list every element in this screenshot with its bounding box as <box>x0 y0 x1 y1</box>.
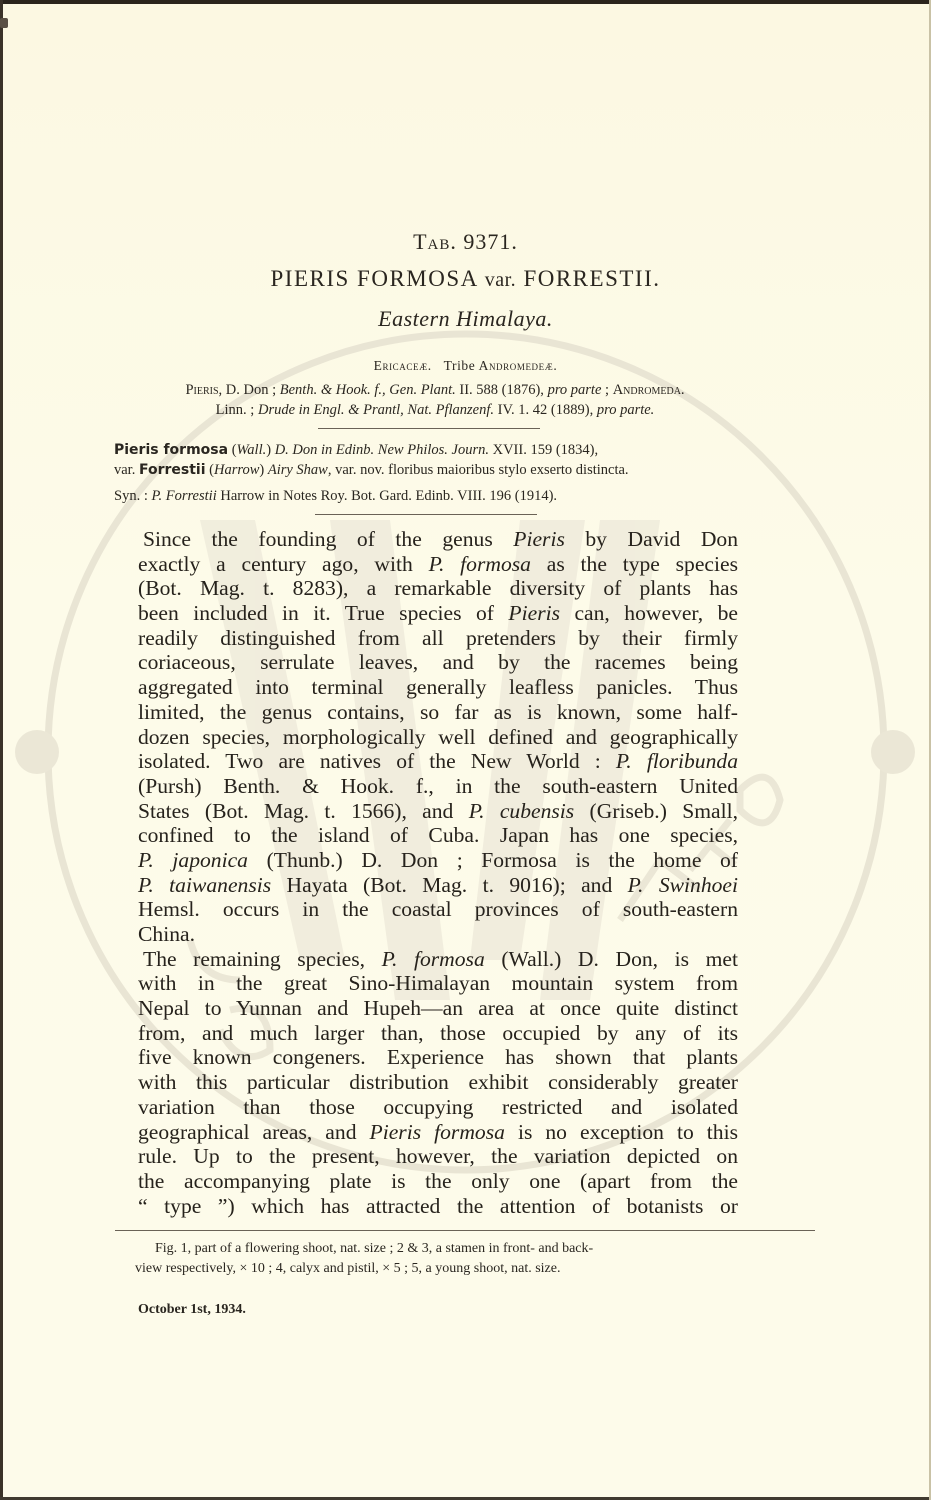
text-run: ( <box>228 442 236 458</box>
text-run: exactly a century ago, with <box>138 552 429 576</box>
text-run: II. 588 (1876), <box>456 382 548 398</box>
caption-line: Fig. 1, part of a flowering shoot, nat. … <box>135 1239 739 1259</box>
text-run: Andromeda. <box>613 382 685 398</box>
text-run: five known congeners. Experience has sho… <box>138 1045 738 1069</box>
body-line: P. taiwanensis Hayata (Bot. Mag. t. 9016… <box>138 873 738 898</box>
text-run: States (Bot. Mag. t. 1566), and <box>138 799 469 823</box>
text-run: aggregated into terminal generally leafl… <box>138 675 738 699</box>
text-run: with this particular distribution exhibi… <box>138 1070 738 1094</box>
locality: Eastern Himalaya. <box>0 306 931 332</box>
text-run: limited, the genus contains, so far as i… <box>138 700 738 724</box>
family-tribe-line: Ericaceæ. Tribe Andromedeæ. <box>0 358 931 374</box>
text-run: P. floribunda <box>616 749 738 773</box>
text-run: Harrow in Notes Roy. Bot. Gard. Edinb. V… <box>217 488 557 504</box>
text-run: dozen species, morphologically well defi… <box>138 725 738 749</box>
text-run: P. formosa <box>429 552 531 576</box>
plate-number: Tab. 9371. <box>0 229 931 255</box>
text-run: P. japonica <box>138 848 248 872</box>
text-run: ; <box>601 382 612 398</box>
text-run: Hayata (Bot. Mag. t. 9016); and <box>271 873 627 897</box>
text-run: , D. Don ; <box>219 382 280 398</box>
text-run: Airy Shaw <box>268 462 328 478</box>
text-run: , var. nov. floribus maioribus stylo exs… <box>328 462 629 478</box>
text-run: Benth. & Hook. f., Gen. Plant. <box>280 382 456 398</box>
text-run: var. <box>114 462 139 478</box>
text-run: P. formosa <box>382 947 485 971</box>
body-text: Since the founding of the genus Pieris b… <box>138 527 738 1218</box>
text-run: Wall. <box>237 442 267 458</box>
text-run: coriaceous, serrulate leaves, and by the… <box>138 650 738 674</box>
text-run: can, however, be <box>560 601 738 625</box>
body-line: from, and much larger than, those occupi… <box>138 1021 738 1046</box>
document-content: Tab. 9371. PIERIS FORMOSA var. FORRESTII… <box>0 0 931 1500</box>
divider <box>318 428 540 429</box>
text-run: is no exception to this <box>505 1120 738 1144</box>
text-run: Pieris <box>513 527 565 551</box>
body-line: with in the great Sino-Himalayan mountai… <box>138 971 738 996</box>
body-line: China. <box>138 922 738 947</box>
text-run: rule. Up to the present, however, the va… <box>138 1144 738 1168</box>
text-run: (Thunb.) D. Don ; Formosa is the home of <box>248 848 738 872</box>
text-run: P. Forrestii <box>151 488 216 504</box>
text-run: Harrow <box>214 462 259 478</box>
text-run: XVII. 159 (1834), <box>489 442 598 458</box>
body-line: been included in it. True species of Pie… <box>138 601 738 626</box>
text-run: Linn. ; <box>216 402 258 418</box>
body-line: five known congeners. Experience has sho… <box>138 1045 738 1070</box>
body-line: The remaining species, P. formosa (Wall.… <box>138 947 738 972</box>
body-line: (Pursh) Benth. & Hook. f., in the south-… <box>138 774 738 799</box>
text-run: readily distinguished from all pretender… <box>138 626 738 650</box>
figure-caption: Fig. 1, part of a flowering shoot, nat. … <box>135 1239 739 1279</box>
species-citation-line: var. Forrestii (Harrow) Airy Shaw, var. … <box>114 460 754 480</box>
body-line: the accompanying plate is the only one (… <box>138 1169 738 1194</box>
text-run: IV. 1. 42 (1889), <box>494 402 597 418</box>
body-line: isolated. Two are natives of the New Wor… <box>138 749 738 774</box>
synonym-line: Syn. : P. Forrestii Harrow in Notes Roy.… <box>114 486 754 506</box>
text-run: (Wall.) D. Don, is met <box>485 947 738 971</box>
text-run: Forrestii <box>139 462 206 478</box>
text-run: Since the founding of the genus <box>143 527 513 551</box>
body-line: Nepal to Yunnan and Hupeh—an area at onc… <box>138 996 738 1021</box>
text-run: geographical areas, and <box>138 1120 370 1144</box>
text-run: Pieris <box>508 601 560 625</box>
species-citation-line: Pieris formosa (Wall.) D. Don in Edinb. … <box>114 440 754 460</box>
species-citation: Pieris formosa (Wall.) D. Don in Edinb. … <box>114 440 754 506</box>
body-line: readily distinguished from all pretender… <box>138 626 738 651</box>
body-line: Since the founding of the genus Pieris b… <box>138 527 738 552</box>
text-run: ) <box>266 442 274 458</box>
genus-citation-line: Linn. ; Drude in Engl. & Prantl, Nat. Pf… <box>110 400 760 420</box>
body-line: Hemsl. occurs in the coastal provinces o… <box>138 897 738 922</box>
text-run: as the type species <box>531 552 738 576</box>
genus-citation: Pieris, D. Don ; Benth. & Hook. f., Gen.… <box>110 380 760 420</box>
title-species: PIERIS FORMOSA <box>271 266 478 291</box>
body-line: geographical areas, and Pieris formosa i… <box>138 1120 738 1145</box>
text-run: Hemsl. occurs in the coastal provinces o… <box>138 897 738 921</box>
caption-divider <box>115 1230 815 1231</box>
tribe-name: Andromedeæ. <box>479 358 558 373</box>
text-run: Nepal to Yunnan and Hupeh—an area at onc… <box>138 996 738 1020</box>
body-line: limited, the genus contains, so far as i… <box>138 700 738 725</box>
text-run: Pieris formosa <box>370 1120 505 1144</box>
body-line: rule. Up to the present, however, the va… <box>138 1144 738 1169</box>
text-run: (Griseb.) Small, <box>574 799 738 823</box>
body-line: confined to the island of Cuba. Japan ha… <box>138 823 738 848</box>
body-line: States (Bot. Mag. t. 1566), and P. cuben… <box>138 799 738 824</box>
title-var: var. <box>485 269 516 291</box>
text-run: Pieris <box>185 382 218 398</box>
title-variety: FORRESTII. <box>523 266 660 291</box>
text-run: China. <box>138 922 195 946</box>
text-run: the accompanying plate is the only one (… <box>138 1169 738 1193</box>
text-run: variation than those occupying restricte… <box>138 1095 738 1119</box>
text-run: The remaining species, <box>143 947 382 971</box>
body-line: P. japonica (Thunb.) D. Don ; Formosa is… <box>138 848 738 873</box>
text-run: (Bot. Mag. t. 8283), a remarkable divers… <box>138 576 738 600</box>
text-run: (Pursh) Benth. & Hook. f., in the south-… <box>138 774 738 798</box>
family-name: Ericaceæ. <box>374 358 432 373</box>
text-run: confined to the island of Cuba. Japan ha… <box>138 823 738 847</box>
body-line: “ type ”) which has attracted the attent… <box>138 1194 738 1219</box>
body-line: exactly a century ago, with P. formosa a… <box>138 552 738 577</box>
text-run: Drude in Engl. & Prantl, Nat. Pflanzenf. <box>258 402 494 418</box>
text-run: Syn. : <box>114 488 151 504</box>
caption-line: view respectively, × 10 ; 4, calyx and p… <box>135 1259 739 1279</box>
text-run: pro parte <box>548 382 602 398</box>
text-run: ) <box>259 462 267 478</box>
text-run: by David Don <box>565 527 738 551</box>
text-run: with in the great Sino-Himalayan mountai… <box>138 971 738 995</box>
text-run: P. cubensis <box>469 799 575 823</box>
tribe-label: Tribe <box>444 358 476 373</box>
text-run: D. Don in Edinb. New Philos. Journ. <box>275 442 489 458</box>
text-run: “ type ”) which has attracted the attent… <box>138 1194 738 1218</box>
publication-date: October 1st, 1934. <box>138 1302 246 1318</box>
body-line: dozen species, morphologically well defi… <box>138 725 738 750</box>
body-line: aggregated into terminal generally leafl… <box>138 675 738 700</box>
text-run: P. taiwanensis <box>138 873 271 897</box>
text-run: isolated. Two are natives of the New Wor… <box>138 749 616 773</box>
text-run: pro parte. <box>597 402 654 418</box>
page-title: PIERIS FORMOSA var. FORRESTII. <box>0 266 931 292</box>
text-run: ( <box>206 462 214 478</box>
text-run: P. Swinhoei <box>628 873 738 897</box>
genus-citation-line: Pieris, D. Don ; Benth. & Hook. f., Gen.… <box>110 380 760 400</box>
body-line: variation than those occupying restricte… <box>138 1095 738 1120</box>
body-line: (Bot. Mag. t. 8283), a remarkable divers… <box>138 576 738 601</box>
text-run: Pieris formosa <box>114 442 228 458</box>
text-run: been included in it. True species of <box>138 601 508 625</box>
text-run: from, and much larger than, those occupi… <box>138 1021 738 1045</box>
body-line: coriaceous, serrulate leaves, and by the… <box>138 650 738 675</box>
body-line: with this particular distribution exhibi… <box>138 1070 738 1095</box>
divider <box>315 514 537 515</box>
